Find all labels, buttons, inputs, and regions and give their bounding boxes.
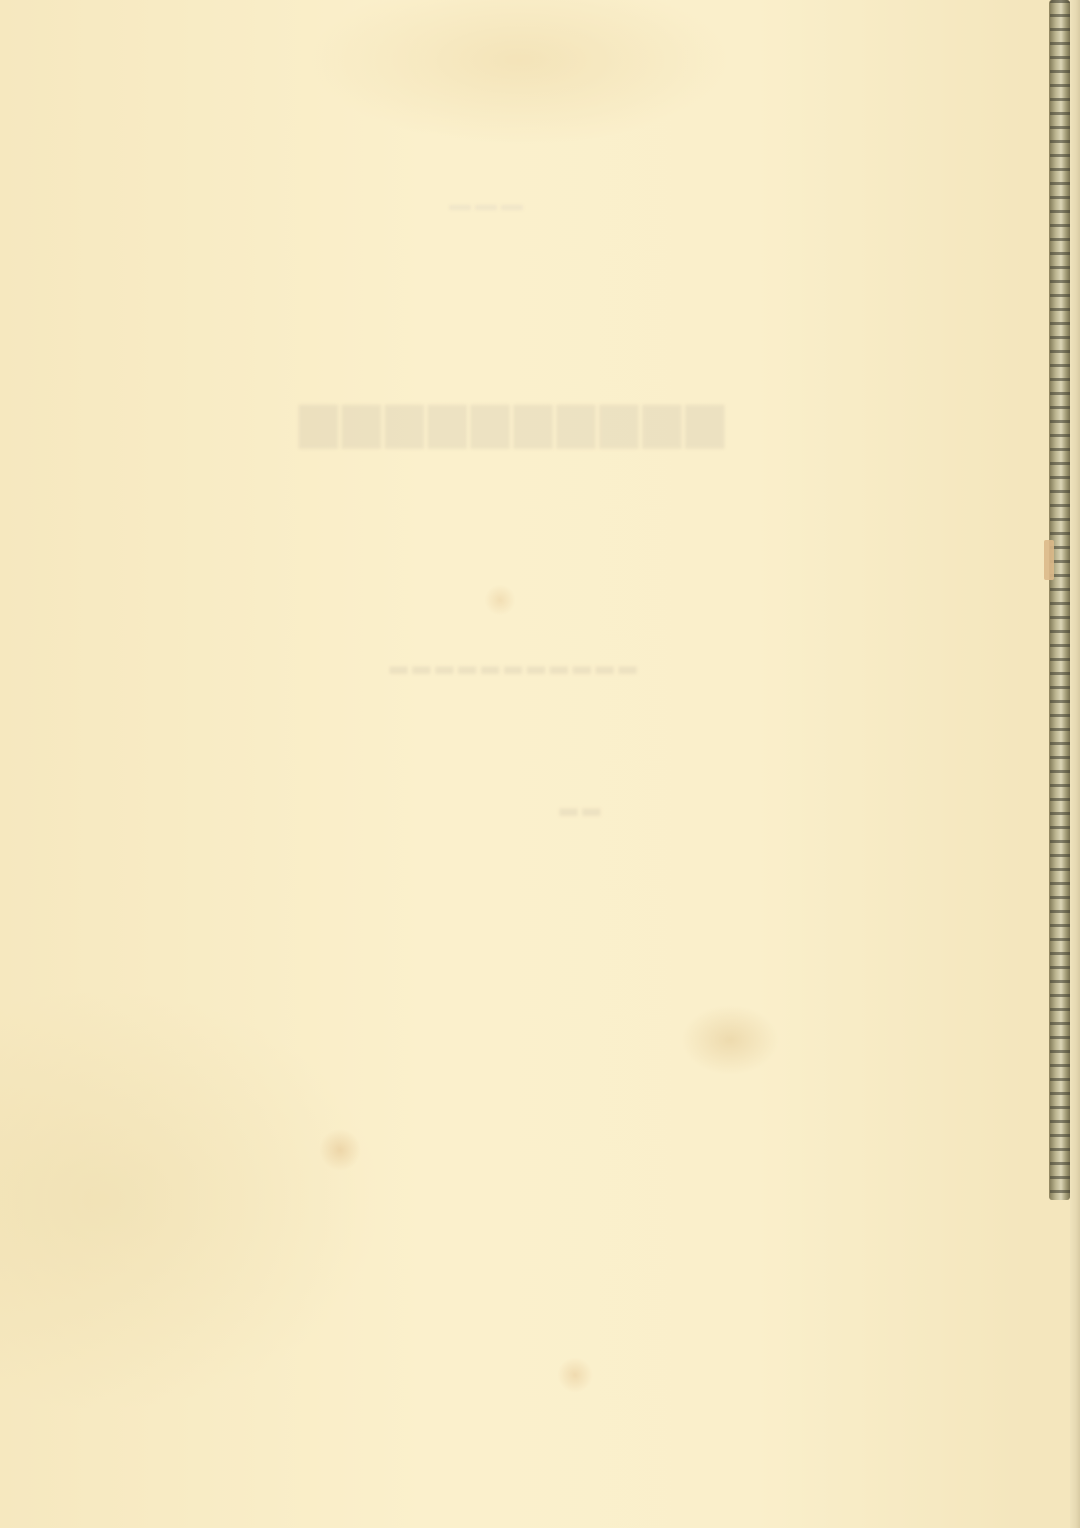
scanned-page: ▁▁▁ ▆▆▆▆▆▆▆▆▆▆ ▂▂▂▂▂▂▂▂▂▂▂ ▂▂ — [0, 0, 1080, 1528]
binding-spine — [1049, 0, 1070, 1200]
tape-remnant — [1044, 540, 1054, 580]
bleed-through-mark: ▂▂ — [560, 790, 606, 816]
bleed-through-subtitle: ▂▂▂▂▂▂▂▂▂▂▂ — [390, 648, 642, 674]
page-edge — [1070, 0, 1080, 1528]
bleed-through-stamp: ▁▁▁ — [450, 180, 528, 210]
bleed-through-title: ▆▆▆▆▆▆▆▆▆▆ — [300, 392, 729, 448]
